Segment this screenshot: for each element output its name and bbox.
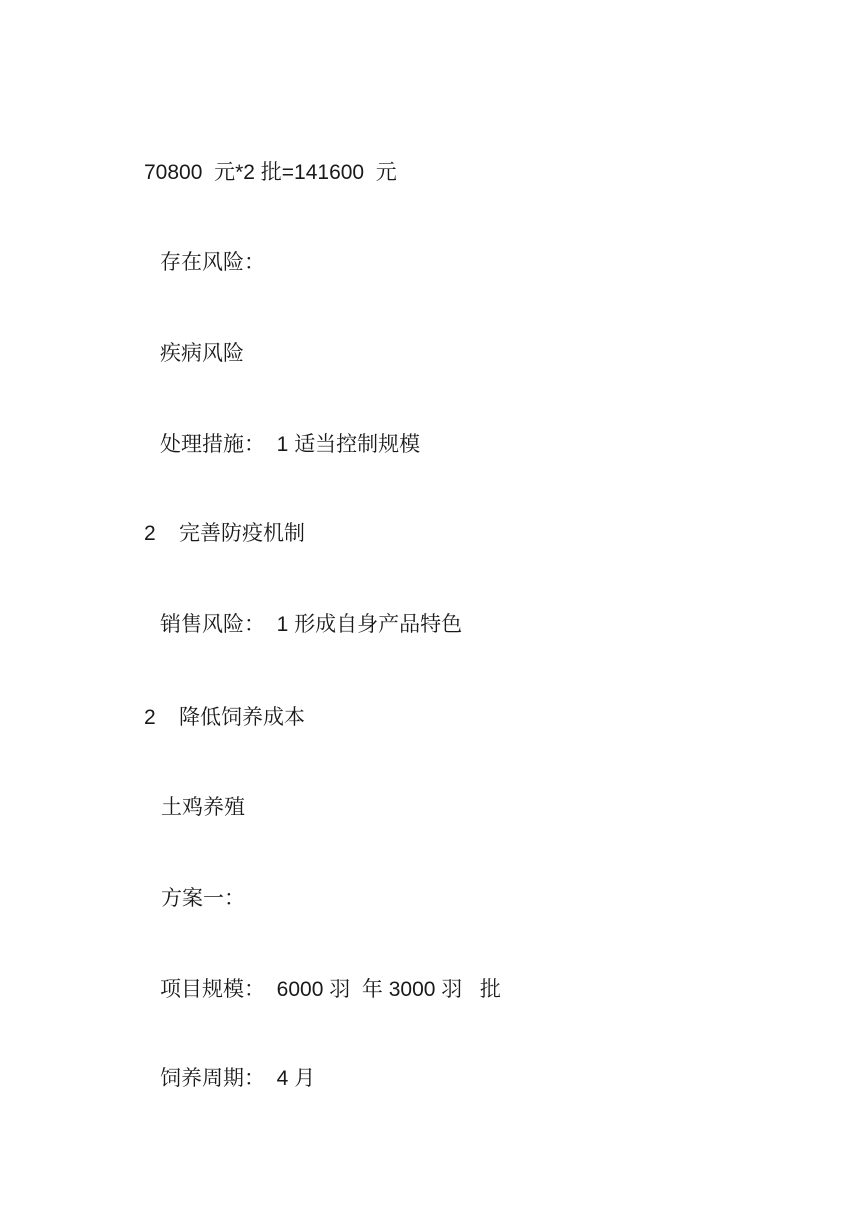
text-run: 完善防疫机制 — [179, 521, 305, 545]
text-run: 降低饲养成本 — [179, 705, 305, 729]
text-run: *2 — [235, 161, 261, 184]
text-run: 疾病风险 — [160, 341, 244, 365]
text-run: 年 — [362, 977, 383, 1001]
text-run: 批 — [480, 977, 501, 1001]
line-measure-2: 2 完善防疫机制 — [144, 520, 305, 547]
line-sales-measure-2: 2 降低饲养成本 — [144, 704, 305, 731]
text-run: 4 — [265, 1067, 294, 1090]
text-run: 羽 — [441, 977, 462, 1001]
text-run: 羽 — [329, 977, 350, 1001]
text-run: 饲养周期： — [160, 1066, 265, 1090]
text-run: 1 — [265, 433, 294, 456]
line-disease-risk: 疾病风险 — [160, 340, 244, 366]
text-run: 2 — [144, 522, 179, 545]
text-run: 6000 — [265, 978, 329, 1001]
text-run: 存在风险： — [160, 250, 265, 274]
line-plan-one: 方案一： — [161, 885, 245, 911]
text-run: 元 — [214, 160, 235, 184]
text-run: 月 — [294, 1066, 315, 1090]
text-run: 项目规模： — [160, 977, 265, 1001]
text-run: 70800 — [144, 161, 214, 184]
text-run: 土鸡养殖 — [161, 795, 245, 819]
text-run: =141600 — [282, 161, 376, 184]
text-run: 批 — [261, 160, 282, 184]
text-run: 3000 — [383, 978, 441, 1001]
text-run: 处理措施： — [160, 432, 265, 456]
line-chicken-farming: 土鸡养殖 — [161, 794, 245, 820]
text-run: 销售风险： — [160, 612, 265, 636]
text-run: 方案一： — [161, 886, 245, 910]
text-run: 形成自身产品特色 — [294, 612, 462, 636]
document-page: 70800 元*2 批=141600 元 存在风险： 疾病风险 处理措施： 1 … — [0, 0, 860, 1218]
line-risks-heading: 存在风险： — [160, 249, 265, 275]
line-cost-calculation: 70800 元*2 批=141600 元 — [144, 159, 397, 186]
line-feeding-cycle: 饲养周期： 4 月 — [160, 1065, 315, 1092]
text-run — [350, 978, 362, 1001]
text-run: 元 — [376, 160, 397, 184]
text-run — [462, 978, 480, 1001]
text-run: 1 — [265, 613, 294, 636]
text-run: 适当控制规模 — [294, 432, 420, 456]
text-run: 2 — [144, 706, 179, 729]
line-project-scale: 项目规模： 6000 羽 年 3000 羽 批 — [160, 976, 501, 1003]
line-measures: 处理措施： 1 适当控制规模 — [160, 431, 420, 458]
line-sales-risk: 销售风险： 1 形成自身产品特色 — [160, 611, 462, 638]
